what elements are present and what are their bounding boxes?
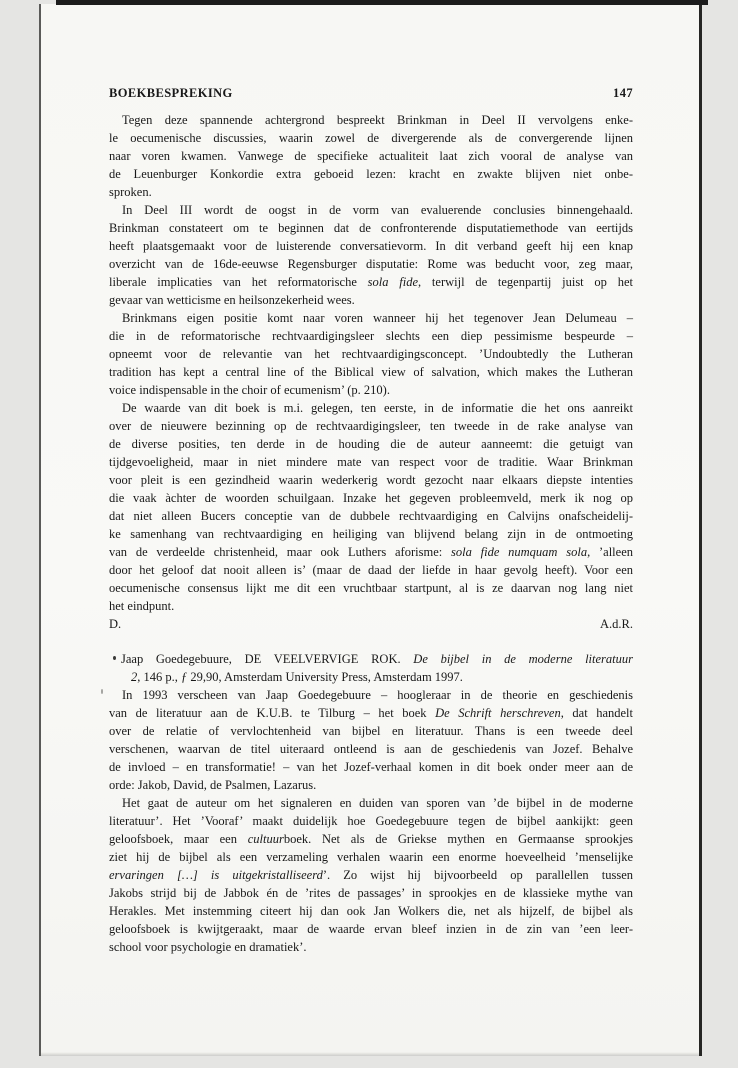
- text-line: van de verdeelde christenheid, maar ook …: [109, 543, 633, 561]
- text-line: Herakles. Met instemming citeert hij dan…: [109, 902, 633, 920]
- text-line: de Leuenburger Konkordie extra geboeid l…: [109, 165, 633, 183]
- book-review-1: Tegen deze spannende achtergrond bespree…: [109, 111, 633, 633]
- text-line: In 1993 verscheen van Jaap Goedegebuure …: [109, 686, 633, 704]
- text-line: ke samenhang van rechtvaardiging en heil…: [109, 525, 633, 543]
- text-line: verschenen, waarvan de titel uiteraard o…: [109, 740, 633, 758]
- text-line: tijdgevoeligheid, maar in niet mindere m…: [109, 453, 633, 471]
- reviews: Tegen deze spannende achtergrond bespree…: [109, 111, 633, 956]
- book-review-2: Jaap Goedegebuure, DE VEELVERVIGE ROK. D…: [109, 650, 633, 956]
- text-line: de diverse posities, ten derde in de hou…: [109, 435, 633, 453]
- text-line: heeft plaatsgemaakt voor de luisterende …: [109, 237, 633, 255]
- text-line: Tegen deze spannende achtergrond bespree…: [109, 111, 633, 129]
- text-line: tradition has kept a central line of the…: [109, 363, 633, 381]
- reviewer-initial-left: D.: [109, 615, 121, 633]
- text-line: ziet hij de bijbel als een verzameling v…: [109, 848, 633, 866]
- text-line: voice indispensable in the choir of ecum…: [109, 381, 633, 399]
- text-line: die in de reformatorische rechtvaardigin…: [109, 327, 633, 345]
- text-line: gevaar van wetticisme en heilsonzekerhei…: [109, 291, 633, 309]
- text-line: de invloed – en transformatie! – van het…: [109, 758, 633, 776]
- text-line: die vaak àchter de woorden schuilgaan. I…: [109, 489, 633, 507]
- text-line: opneemt voor de relevantie van het recht…: [109, 345, 633, 363]
- paragraph: Tegen deze spannende achtergrond bespree…: [109, 111, 633, 201]
- reviewer-initials-right: A.d.R.: [600, 615, 633, 633]
- text-line: Brinkmans eigen positie komt naar voren …: [109, 309, 633, 327]
- signature-row: D.A.d.R.: [109, 615, 633, 633]
- heading-line: Jaap Goedegebuure, DE VEELVERVIGE ROK. D…: [109, 650, 633, 668]
- text-line: naar voren kwamen. Vanwege de specifieke…: [109, 147, 633, 165]
- paragraph: In 1993 verscheen van Jaap Goedegebuure …: [109, 686, 633, 794]
- scan-speck-artifact: [101, 689, 103, 694]
- text-line: Jakobs strijd bij de Jabbok én de ’rites…: [109, 884, 633, 902]
- paragraph: In Deel III wordt de oogst in de vorm va…: [109, 201, 633, 309]
- journal-header: BOEKBESPREKING 147: [109, 84, 633, 102]
- text-line: oecumenische consensus lijkt me dit een …: [109, 579, 633, 597]
- text-line: literatuur’. Het ’Vooraf’ maakt duidelij…: [109, 812, 633, 830]
- paragraph: Het gaat de auteur om het signaleren en …: [109, 794, 633, 956]
- paragraph: Brinkmans eigen positie komt naar voren …: [109, 309, 633, 399]
- text-line: In Deel III wordt de oogst in de vorm va…: [109, 201, 633, 219]
- page-number: 147: [613, 84, 633, 102]
- text-line: le oecumenische discussies, waarin zowel…: [109, 129, 633, 147]
- text-line: sproken.: [109, 183, 633, 201]
- text-line: De waarde van dit boek is m.i. gelegen, …: [109, 399, 633, 417]
- page: BOEKBESPREKING 147 Tegen deze spannende …: [39, 4, 702, 1056]
- text-line: dat niet alleen Bucers conceptie van de …: [109, 507, 633, 525]
- text-line: over de relatie of vervlochtenheid van b…: [109, 722, 633, 740]
- text-line: ervaringen […] is uitgekristalliseerd’. …: [109, 866, 633, 884]
- text-line: geloofsboek is kwijtgeraakt, maar de waa…: [109, 920, 633, 938]
- text-line: Het gaat de auteur om het signaleren en …: [109, 794, 633, 812]
- text-line: Brinkman constateert om te beginnen dat …: [109, 219, 633, 237]
- heading-line: 2, 146 p., ƒ 29,90, Amsterdam University…: [109, 668, 633, 686]
- text-line: voor pleit is een gezindheid waarin wede…: [109, 471, 633, 489]
- paragraph: De waarde van dit boek is m.i. gelegen, …: [109, 399, 633, 615]
- page-top-edge-artifact: [56, 0, 708, 5]
- text-line: het eindpunt.: [109, 597, 633, 615]
- page-content: BOEKBESPREKING 147 Tegen deze spannende …: [109, 84, 633, 956]
- text-line: liberale implicaties van het reformatori…: [109, 273, 633, 291]
- text-line: over de nieuwere bezinning op de rechtva…: [109, 417, 633, 435]
- text-line: orde: Jakob, David, de Psalmen, Lazarus.: [109, 776, 633, 794]
- text-line: school voor psychologie en dramatiek’.: [109, 938, 633, 956]
- text-line: geloofsboek, maar een cultuurboek. Net a…: [109, 830, 633, 848]
- book-review-heading: Jaap Goedegebuure, DE VEELVERVIGE ROK. D…: [109, 650, 633, 686]
- text-line: overzicht van de 16de-eeuwse Regensburge…: [109, 255, 633, 273]
- journal-header-title: BOEKBESPREKING: [109, 84, 233, 102]
- text-line: van de literatuur aan de K.U.B. te Tilbu…: [109, 704, 633, 722]
- page-bottom-edge-artifact: [41, 1052, 699, 1056]
- text-line: door het geloof dat nooit alleen is’ (ma…: [109, 561, 633, 579]
- scanned-page-background: BOEKBESPREKING 147 Tegen deze spannende …: [0, 0, 738, 1068]
- scan-speck-artifact: [113, 656, 116, 660]
